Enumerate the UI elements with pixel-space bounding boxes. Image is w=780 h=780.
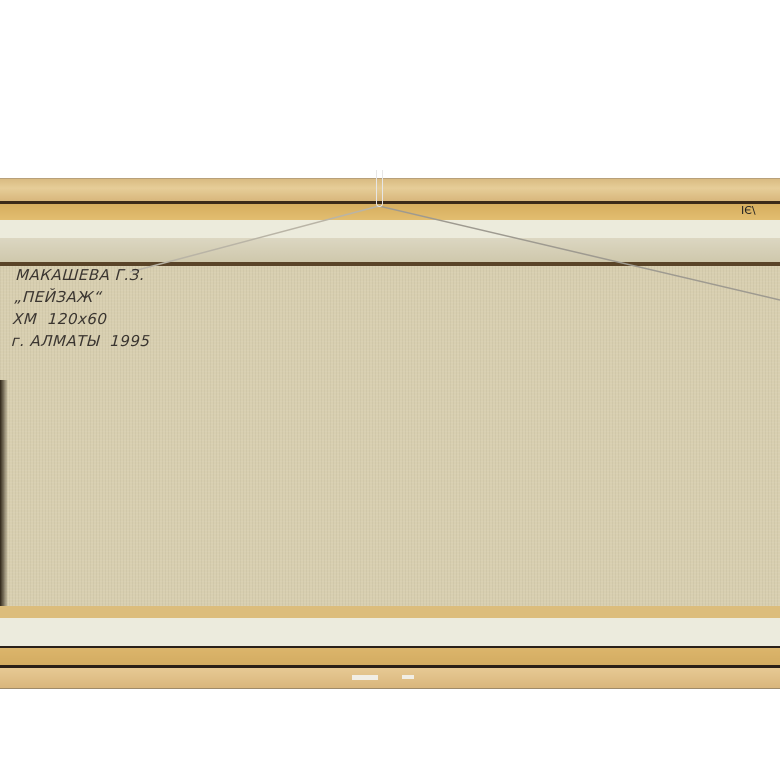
hanging-hook bbox=[376, 170, 383, 207]
hanging-wire bbox=[0, 0, 780, 780]
inscription-medium-size: ХМ 120х60 bbox=[12, 308, 152, 330]
handwritten-inscription: МАКАШЕВА Г.З. „ПЕЙЗАЖ“ ХМ 120х60 г. АЛМА… bbox=[11, 264, 156, 352]
corner-mark: IЄ\ bbox=[741, 204, 756, 217]
inscription-title: „ПЕЙЗАЖ“ bbox=[14, 286, 154, 308]
inscription-artist: МАКАШЕВА Г.З. bbox=[16, 264, 156, 286]
inscription-place-year: г. АЛМАТЫ 1995 bbox=[11, 330, 151, 352]
